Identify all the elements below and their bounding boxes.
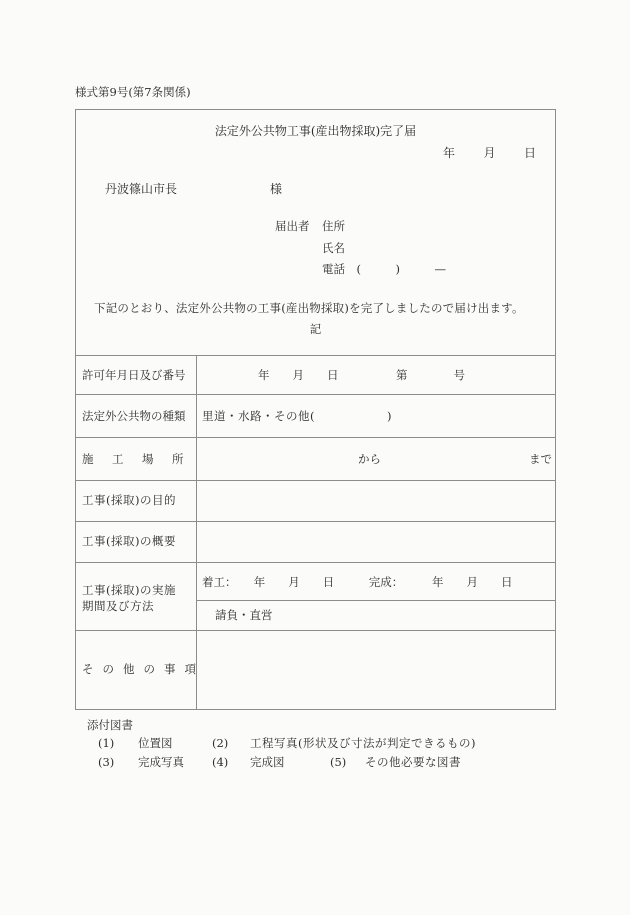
row-label-permit-date-number: 許可年月日及び番号 — [82, 368, 186, 382]
row-divider-4 — [76, 521, 555, 522]
cell-start-completion-dates: 着工： 年 月 日 完成： 年 月 日 — [202, 575, 513, 589]
row-divider-2 — [76, 437, 555, 438]
cell-site-from: から — [358, 452, 381, 466]
row-label-other-matters: その他の事項 — [82, 662, 205, 676]
cell-permit-date-number: 年 月 日 第 号 — [258, 368, 465, 382]
attachment-5-label: その他必要な図書 — [365, 755, 461, 769]
table-column-divider — [196, 355, 197, 709]
attachment-1-label: 位置図 — [138, 736, 173, 750]
row-label-construction-site: 施工場所 — [82, 452, 202, 466]
table-top-border — [76, 355, 555, 356]
attachment-3-number: (3) — [98, 755, 114, 769]
address-label: 住所 — [322, 219, 345, 233]
addressee-honorific: 様 — [270, 182, 282, 196]
row-divider-3 — [76, 480, 555, 481]
name-label: 氏名 — [322, 241, 345, 255]
declarant-label: 届出者 — [275, 219, 310, 233]
attachment-2-number: (2) — [212, 736, 228, 750]
attachment-1-number: (1) — [98, 736, 114, 750]
row-divider-5 — [76, 562, 555, 563]
subrow-divider — [197, 600, 555, 601]
phone-label: 電話 ( ) — — [322, 262, 446, 276]
attachment-4-number: (4) — [212, 755, 228, 769]
cell-site-to: まで — [529, 452, 552, 466]
attachment-4-label: 完成図 — [250, 755, 285, 769]
cell-contract-or-direct: 請負・直営 — [215, 608, 273, 622]
form-page: 様式第9号(第7条関係) 法定外公共物工事(産出物採取)完了届 年 月 日 丹波… — [0, 0, 630, 915]
record-mark: 記 — [75, 322, 556, 336]
row-label-property-type: 法定外公共物の種類 — [82, 409, 186, 423]
row-divider-1 — [76, 394, 555, 395]
intro-sentence: 下記のとおり、法定外公共物の工事(産出物採取)を完了しましたので届け出ます。 — [94, 301, 524, 315]
attachment-5-number: (5) — [330, 755, 346, 769]
cell-property-type-options: 里道・水路・その他( ) — [202, 409, 392, 423]
row-divider-6 — [76, 630, 555, 631]
form-title: 法定外公共物工事(産出物採取)完了届 — [75, 124, 556, 138]
attachments-heading: 添付図書 — [87, 718, 133, 732]
row-label-work-outline: 工事(採取)の概要 — [82, 534, 176, 548]
form-number: 様式第9号(第7条関係) — [75, 85, 191, 99]
row-label-work-period-method: 工事(採取)の実施期間及び方法 — [82, 583, 179, 614]
row-label-work-purpose: 工事(採取)の目的 — [82, 493, 176, 507]
date-line: 年 月 日 — [443, 146, 538, 160]
attachment-2-label: 工程写真(形状及び寸法が判定できるもの) — [250, 736, 476, 750]
attachment-3-label: 完成写真 — [138, 755, 184, 769]
addressee-name: 丹波篠山市長 — [105, 182, 177, 196]
